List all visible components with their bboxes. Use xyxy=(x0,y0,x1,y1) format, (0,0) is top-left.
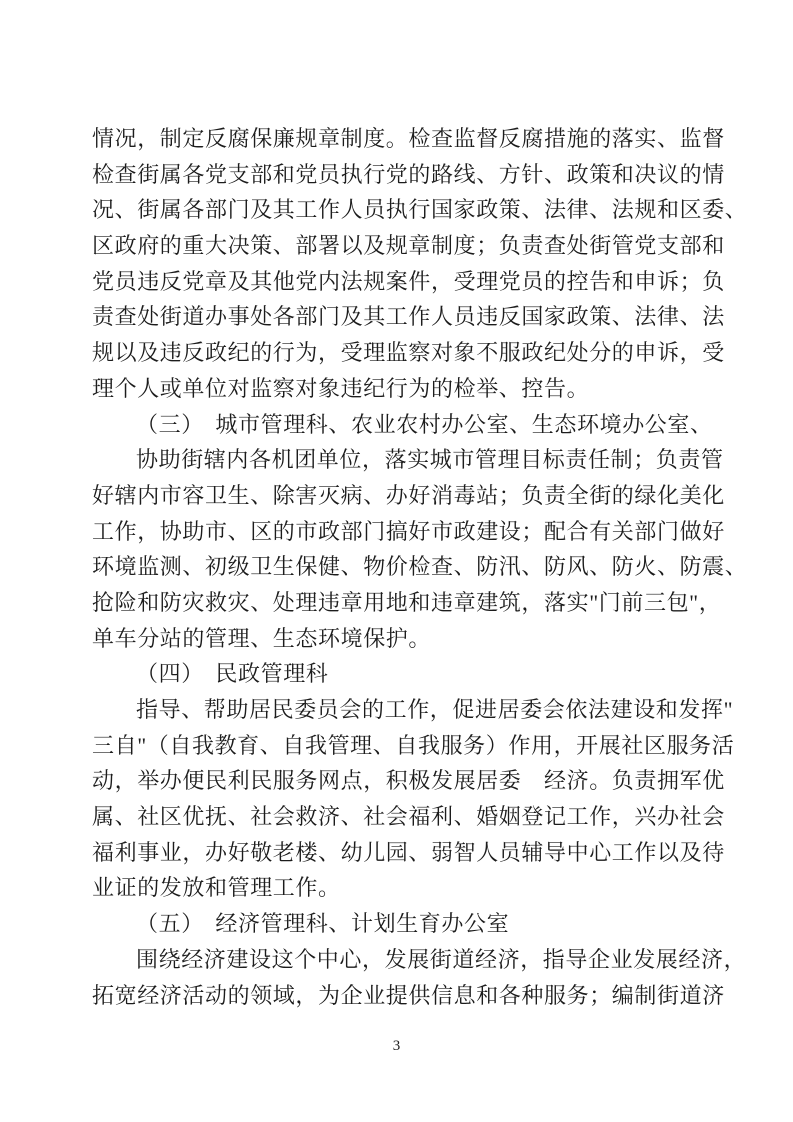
text-line: 党员违反党章及其他党内法规案件，受理党员的控告和申诉；负 xyxy=(92,264,725,300)
text-line: 指导、帮助居民委员会的工作，促进居委会依法建设和发挥" xyxy=(92,692,725,728)
text-line: 动，举办便民利民服务网点，积极发展居委 经济。负责拥军优 xyxy=(92,763,725,799)
text-line: 抢险和防灾救灾、处理违章用地和违章建筑，落实"门前三包"， xyxy=(92,585,725,621)
text-line: 环境监测、初级卫生保健、物价检查、防汛、防风、防火、防震、 xyxy=(92,549,725,585)
section-heading-3: （三） 城市管理科、农业农村办公室、生态环境办公室、 xyxy=(92,407,725,443)
text-line: 检查街属各党支部和党员执行党的路线、方针、政策和决议的情 xyxy=(92,157,725,193)
text-line: 责查处街道办事处各部门及其工作人员违反国家政策、法律、法 xyxy=(92,299,725,335)
section-heading-5: （五） 经济管理科、计划生育办公室 xyxy=(92,906,725,942)
text-line: 业证的发放和管理工作。 xyxy=(92,870,725,906)
text-line: 理个人或单位对监察对象违纪行为的检举、控告。 xyxy=(92,371,725,407)
text-line: 工作，协助市、区的市政部门搞好市政建设；配合有关部门做好 xyxy=(92,514,725,550)
text-line: 情况，制定反腐保廉规章制度。检查监督反腐措施的落实、监督 xyxy=(92,121,725,157)
text-line: 围绕经济建设这个中心，发展街道经济，指导企业发展经济， xyxy=(92,942,725,978)
page-number: 3 xyxy=(0,1037,793,1055)
text-line: 况、街属各部门及其工作人员执行国家政策、法律、法规和区委、 xyxy=(92,192,725,228)
text-line: 拓宽经济活动的领域，为企业提供信息和各种服务；编制街道济 xyxy=(92,978,725,1014)
text-line: 好辖内市容卫生、除害灭病、办好消毒站；负责全街的绿化美化 xyxy=(92,478,725,514)
section-heading-4: （四） 民政管理科 xyxy=(92,656,725,692)
text-line: 福利事业，办好敬老楼、幼儿园、弱智人员辅导中心工作以及待 xyxy=(92,835,725,871)
text-line: 单车分站的管理、生态环境保护。 xyxy=(92,621,725,657)
document-page: 情况，制定反腐保廉规章制度。检查监督反腐措施的落实、监督 检查街属各党支部和党员… xyxy=(0,0,793,1122)
document-body: 情况，制定反腐保廉规章制度。检查监督反腐措施的落实、监督 检查街属各党支部和党员… xyxy=(92,121,725,1013)
text-line: 区政府的重大决策、部署以及规章制度；负责查处街管党支部和 xyxy=(92,228,725,264)
text-line: 规以及违反政纪的行为，受理监察对象不服政纪处分的申诉，受 xyxy=(92,335,725,371)
text-line: 三自"（自我教育、自我管理、自我服务）作用，开展社区服务活 xyxy=(92,728,725,764)
text-line: 协助街辖内各机团单位，落实城市管理目标责任制；负责管 xyxy=(92,442,725,478)
text-line: 属、社区优抚、社会救济、社会福利、婚姻登记工作，兴办社会 xyxy=(92,799,725,835)
